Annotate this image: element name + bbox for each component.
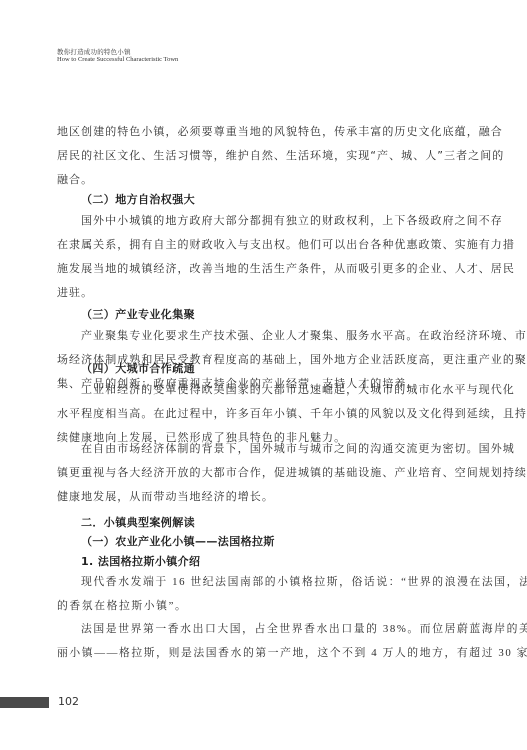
book-title-en: How to Create Successful Characteristic … — [57, 56, 178, 64]
paragraph-line: 地区创建的特色小镇，必须要尊重当地的风貌特色，传承丰富的历史文化底蕴，融合 — [57, 123, 503, 139]
page-number: 102 — [58, 695, 79, 708]
paragraph-line: 在隶属关系，拥有自主的财政收入与支出权。他们可以出台各种优惠政策、实施有力措 — [57, 236, 515, 252]
footer-bar — [0, 697, 49, 708]
case-subheading: 1. 法国格拉斯小镇介绍 — [81, 553, 200, 569]
paragraph-line: 工业和经济的变革使得欧美国家的大都市迅速崛起，大城市的城市化水平与现代化 — [81, 381, 515, 397]
paragraph-line: 在自由市场经济体制的背景下，国外城市与城市之间的沟通交流更为密切。国外城 — [81, 440, 515, 456]
paragraph-line: 现代香水发端于 16 世纪法国南部的小镇格拉斯，俗话说：“世界的浪漫在法国，法国 — [81, 574, 527, 589]
paragraph-line: 法国是世界第一香水出口大国，占全世界香水出口量的 38%。而位居蔚蓝海岸的美 — [81, 621, 527, 636]
paragraph-line: 居民的社区文化、生活习惯等，维护自然、生活环境，实现“产、城、人”三者之间的 — [57, 147, 504, 163]
section-heading: 二．小镇典型案例解读 — [81, 514, 195, 530]
paragraph-line: 施发展当地的城镇经济，改善当地的生活生产条件，从而吸引更多的企业、人才、居民 — [57, 260, 515, 276]
paragraph-line: 丽小镇——格拉斯，则是法国香水的第一产地，这个不到 4 万人的地方，有超过 30… — [57, 645, 527, 660]
paragraph-line: 镇更重视与各大经济开放的大都市合作，促进城镇的基础设施、产业培育、空间规划持续 — [57, 464, 527, 480]
subheading-3: （三）产业专业化集聚 — [81, 306, 195, 322]
subheading-2: （二）地方自治权强大 — [81, 191, 195, 207]
paragraph-line: 水平程度相当高。在此过程中，许多百年小镇、千年小镇的风貌以及文化得到延续，且持 — [57, 405, 527, 421]
paragraph-line: 健康地发展，从而带动当地经济的增长。 — [57, 488, 274, 504]
running-header: 教你打造成功的特色小镇 How to Create Successful Cha… — [57, 48, 178, 64]
paragraph-line: 国外中小城镇的地方政府大部分都拥有独立的财政权利，上下各级政府之间不存 — [81, 212, 503, 228]
paragraph-line: 产业聚集专业化要求生产技术强、企业人才聚集、服务水平高。在政治经济环境、市 — [81, 327, 527, 343]
case-heading: （一）农业产业化小镇——法国格拉斯 — [81, 533, 275, 549]
book-title-cn: 教你打造成功的特色小镇 — [57, 48, 178, 56]
paragraph-line: 进驻。 — [57, 284, 93, 300]
paragraph-line: 融合。 — [57, 171, 93, 187]
paragraph-line: 的香氛在格拉斯小镇”。 — [57, 598, 187, 613]
subheading-4: （四）大城市合作疏通 — [81, 360, 195, 376]
